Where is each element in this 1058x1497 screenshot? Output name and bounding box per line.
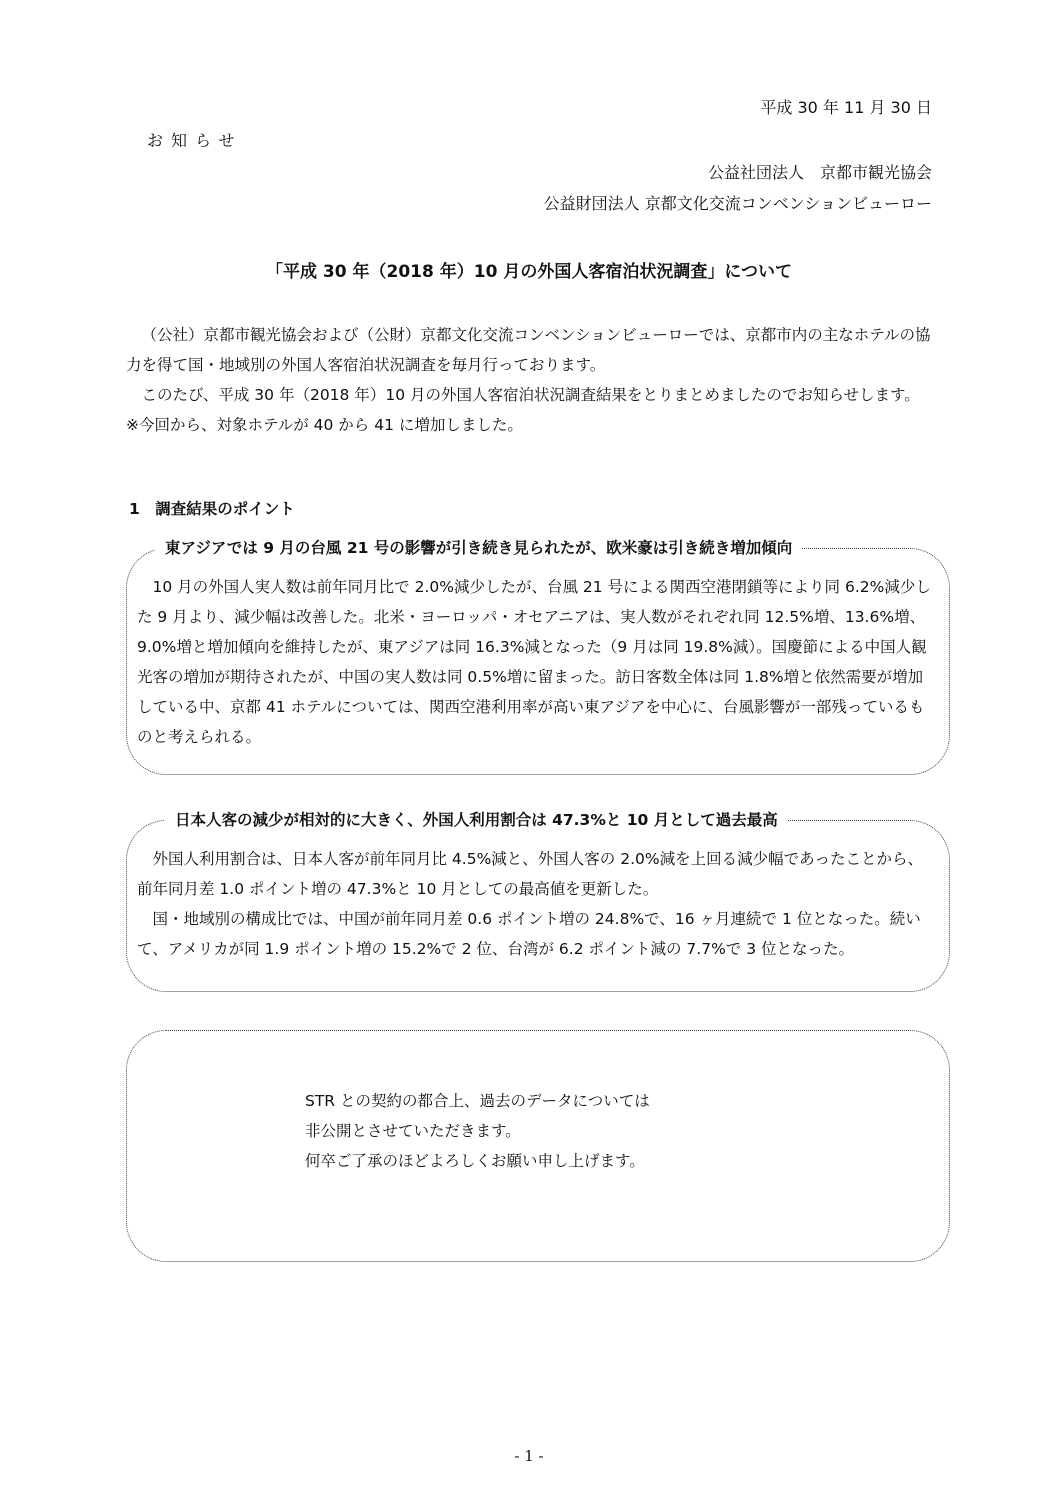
point-box-title: 東アジアでは 9 月の台風 21 号の影響が引き続き見られたが、欧米豪は引き続き…	[155, 536, 802, 558]
data-notice-box: STR との契約の都合上、過去のデータについては 非公開とさせていただきます。 …	[126, 1030, 950, 1262]
point-box-body: 外国人利用割合は、日本人客が前年同月比 4.5%減と、外国人客の 2.0%減を上…	[127, 821, 949, 964]
notice-label: お知らせ	[147, 128, 243, 151]
point-box-title: 日本人客の減少が相対的に大きく、外国人利用割合は 47.3%と 10 月として過…	[165, 808, 788, 830]
data-notice-line: STR との契約の都合上、過去のデータについては	[305, 1086, 650, 1116]
point-box-body: 10 月の外国人実人数は前年同月比で 2.0%減少したが、台風 21 号による関…	[127, 549, 949, 752]
page-number: - 1 -	[0, 1447, 1058, 1465]
organization-kyoto-convention-bureau: 公益財団法人 京都文化交流コンベンションビューロー	[544, 191, 932, 214]
intro-paragraph: このたび、平成 30 年（2018 年）10 月の外国人客宿泊状況調査結果をとり…	[126, 380, 936, 440]
organization-kyoto-tourism-association: 公益社団法人 京都市観光協会	[708, 160, 932, 183]
data-notice-line: 何卒ご了承のほどよろしくお願い申し上げます。	[305, 1146, 650, 1176]
point-paragraph: 外国人利用割合は、日本人客が前年同月比 4.5%減と、外国人客の 2.0%減を上…	[137, 844, 937, 904]
point-box-foreign-ratio: 日本人客の減少が相対的に大きく、外国人利用割合は 47.3%と 10 月として過…	[126, 820, 950, 992]
document-title: 「平成 30 年（2018 年）10 月の外国人客宿泊状況調査」について	[0, 257, 1058, 282]
data-notice-body: STR との契約の都合上、過去のデータについては 非公開とさせていただきます。 …	[305, 1086, 650, 1176]
point-box-east-asia: 東アジアでは 9 月の台風 21 号の影響が引き続き見られたが、欧米豪は引き続き…	[126, 548, 950, 775]
point-paragraph: 10 月の外国人実人数は前年同月比で 2.0%減少したが、台風 21 号による関…	[137, 572, 937, 752]
point-paragraph: 国・地域別の構成比では、中国が前年同月差 0.6 ポイント増の 24.8%で、1…	[137, 904, 937, 964]
document-date: 平成 30 年 11 月 30 日	[760, 95, 932, 118]
data-notice-line: 非公開とさせていただきます。	[305, 1116, 650, 1146]
section-heading: 1 調査結果のポイント	[129, 497, 295, 519]
intro-section: （公社）京都市観光協会および（公財）京都文化交流コンベンションビューローでは、京…	[126, 320, 936, 440]
intro-paragraph: （公社）京都市観光協会および（公財）京都文化交流コンベンションビューローでは、京…	[126, 320, 936, 380]
